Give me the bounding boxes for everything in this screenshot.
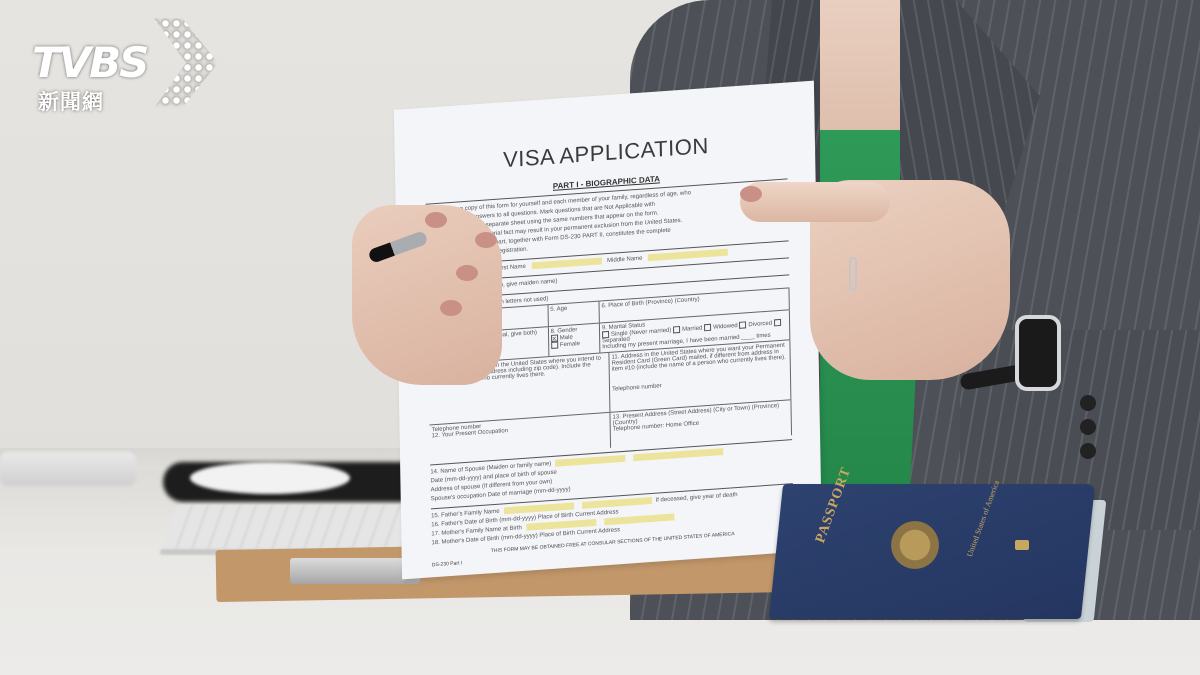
fingernail <box>475 232 497 248</box>
smartwatch <box>1015 315 1061 391</box>
telephone-label: Telephone number <box>612 375 788 393</box>
checkbox-widowed[interactable] <box>704 324 711 331</box>
dot-arrow-icon <box>138 18 218 108</box>
highlight <box>648 249 728 262</box>
checkbox-separated[interactable] <box>774 319 781 326</box>
button-icon <box>1080 443 1096 459</box>
country-label: (Country) <box>675 297 700 305</box>
mouse <box>190 462 350 494</box>
highlight <box>531 257 601 269</box>
gender-cell: 8. Gender ✕Male Female <box>549 324 601 357</box>
fingernail <box>440 300 462 316</box>
ring <box>849 257 857 291</box>
biometric-chip-icon <box>1015 540 1029 550</box>
logo-subtitle: 新聞網 <box>38 86 104 116</box>
fingernail <box>740 186 762 202</box>
fingernail <box>425 212 447 228</box>
divorced-label: Divorced <box>748 321 772 329</box>
left-hand <box>352 205 502 385</box>
button-icon <box>1080 395 1096 411</box>
place-of-birth-label: 6. Place of Birth <box>601 301 643 310</box>
eagle-seal-icon <box>880 520 950 570</box>
widowed-label: Widowed <box>713 323 738 331</box>
pointing-finger <box>740 182 890 222</box>
place-of-birth-label: Place of Birth <box>538 513 574 521</box>
place-of-birth-label: Place of Birth <box>539 531 575 539</box>
current-address-label: Current Address <box>577 528 620 537</box>
middle-name-label: Middle Name <box>607 256 642 264</box>
clipboard-clip <box>290 558 420 584</box>
office-label: Office <box>683 421 699 428</box>
checkbox-married[interactable] <box>673 326 680 333</box>
spouse-occupation-label: Spouse's occupation <box>431 493 486 503</box>
sleeve-buttons <box>1080 395 1096 467</box>
tvbs-logo: TVBS 新聞網 <box>28 18 218 118</box>
phone <box>0 452 136 486</box>
logo-brand: TVBS <box>32 38 147 87</box>
fingernail <box>456 265 478 281</box>
button-icon <box>1080 419 1096 435</box>
female-label: Female <box>560 341 580 348</box>
province-label: (Province) <box>645 299 672 307</box>
checkbox-female[interactable] <box>551 342 558 349</box>
age-label: 5. Age <box>548 302 600 327</box>
married-label: Married <box>682 326 702 333</box>
checkbox-divorced[interactable] <box>739 321 746 328</box>
